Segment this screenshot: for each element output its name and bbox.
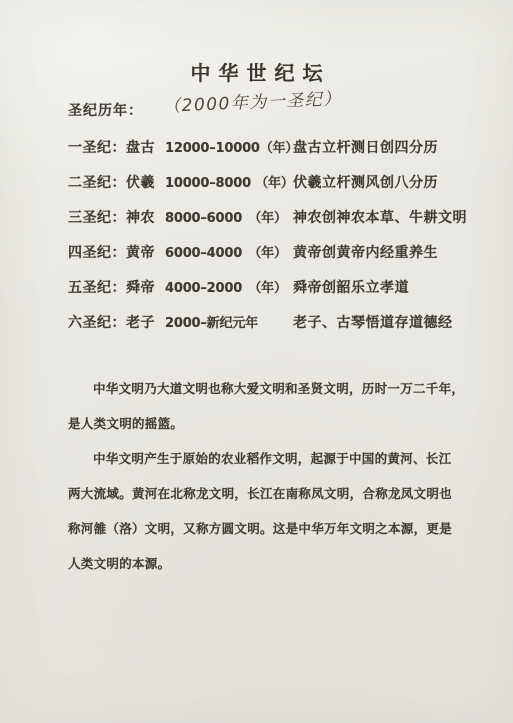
row-description: 盘古立杆测日创四分历 xyxy=(293,131,493,166)
table-row: 五圣纪：舜帝 4000–2000 （年） 舜帝创韶乐立孝道 xyxy=(0,271,513,306)
row-label: 三圣纪：神农 xyxy=(68,201,165,236)
table-row: 二圣纪：伏羲 10000–8000 （年） 伏羲立杆测风创八分历 xyxy=(0,166,513,201)
paragraph-line: 人类文明的本源。 xyxy=(68,546,473,581)
row-years: 6000–4000 （年） xyxy=(165,236,293,271)
table-row: 四圣纪：黄帝 6000–4000 （年） 黄帝创黄帝内经重养生 xyxy=(0,236,513,271)
row-description: 黄帝创黄帝内经重养生 xyxy=(293,236,493,271)
table-row: 三圣纪：神农 8000–6000 （年） 神农创神农本草、牛耕文明 xyxy=(0,201,513,236)
paragraph-line: 是人类文明的摇篮。 xyxy=(68,406,473,441)
row-label: 四圣纪：黄帝 xyxy=(68,236,165,271)
page-title: 中华世纪坛 xyxy=(0,57,513,86)
row-years: 2000–新纪元年 xyxy=(165,306,293,341)
paragraph-line: 称河雒（洛）文明，又称方圆文明。这是中华万年文明之本源，更是 xyxy=(68,511,473,546)
table-row: 一圣纪：盘古 12000–10000（年） 盘古立杆测日创四分历 xyxy=(0,131,513,166)
table-row: 六圣纪：老子 2000–新纪元年 老子、古琴悟道存道德经 xyxy=(0,306,513,341)
row-years: 8000–6000 （年） xyxy=(165,201,293,236)
row-label: 二圣纪：伏羲 xyxy=(68,166,165,201)
paragraph-line: 中华文明乃大道文明也称大爱文明和圣贤文明，历时一万二千年， xyxy=(68,371,473,406)
sacred-era-table: 一圣纪：盘古 12000–10000（年） 盘古立杆测日创四分历 二圣纪：伏羲 … xyxy=(0,131,513,341)
paragraph-line: 两大流域。黄河在北称龙文明，长江在南称凤文明，合称龙凤文明也 xyxy=(68,476,473,511)
paragraph-line: 中华文明产生于原始的农业稻作文明，起源于中国的黄河、长江 xyxy=(68,441,473,476)
paragraph-2: 中华文明产生于原始的农业稻作文明，起源于中国的黄河、长江 两大流域。黄河在北称龙… xyxy=(68,441,473,581)
row-description: 老子、古琴悟道存道德经 xyxy=(293,306,493,341)
paragraph-1: 中华文明乃大道文明也称大爱文明和圣贤文明，历时一万二千年， 是人类文明的摇篮。 xyxy=(68,371,473,441)
handwritten-note: （2000年为一圣纪） xyxy=(163,84,343,117)
row-years: 4000–2000 （年） xyxy=(165,271,293,306)
era-years-label: 圣纪历年： xyxy=(68,100,143,120)
row-description: 神农创神农本草、牛耕文明 xyxy=(293,201,493,236)
row-label: 六圣纪：老子 xyxy=(68,306,165,341)
row-label: 一圣纪：盘古 xyxy=(68,131,165,166)
row-years: 10000–8000 （年） xyxy=(165,166,293,201)
photographed-document-page: 中华世纪坛 圣纪历年： （2000年为一圣纪） 一圣纪：盘古 12000–100… xyxy=(0,0,513,723)
row-label: 五圣纪：舜帝 xyxy=(68,271,165,306)
row-description: 舜帝创韶乐立孝道 xyxy=(293,271,493,306)
row-years: 12000–10000（年） xyxy=(165,131,293,166)
row-description: 伏羲立杆测风创八分历 xyxy=(293,166,493,201)
